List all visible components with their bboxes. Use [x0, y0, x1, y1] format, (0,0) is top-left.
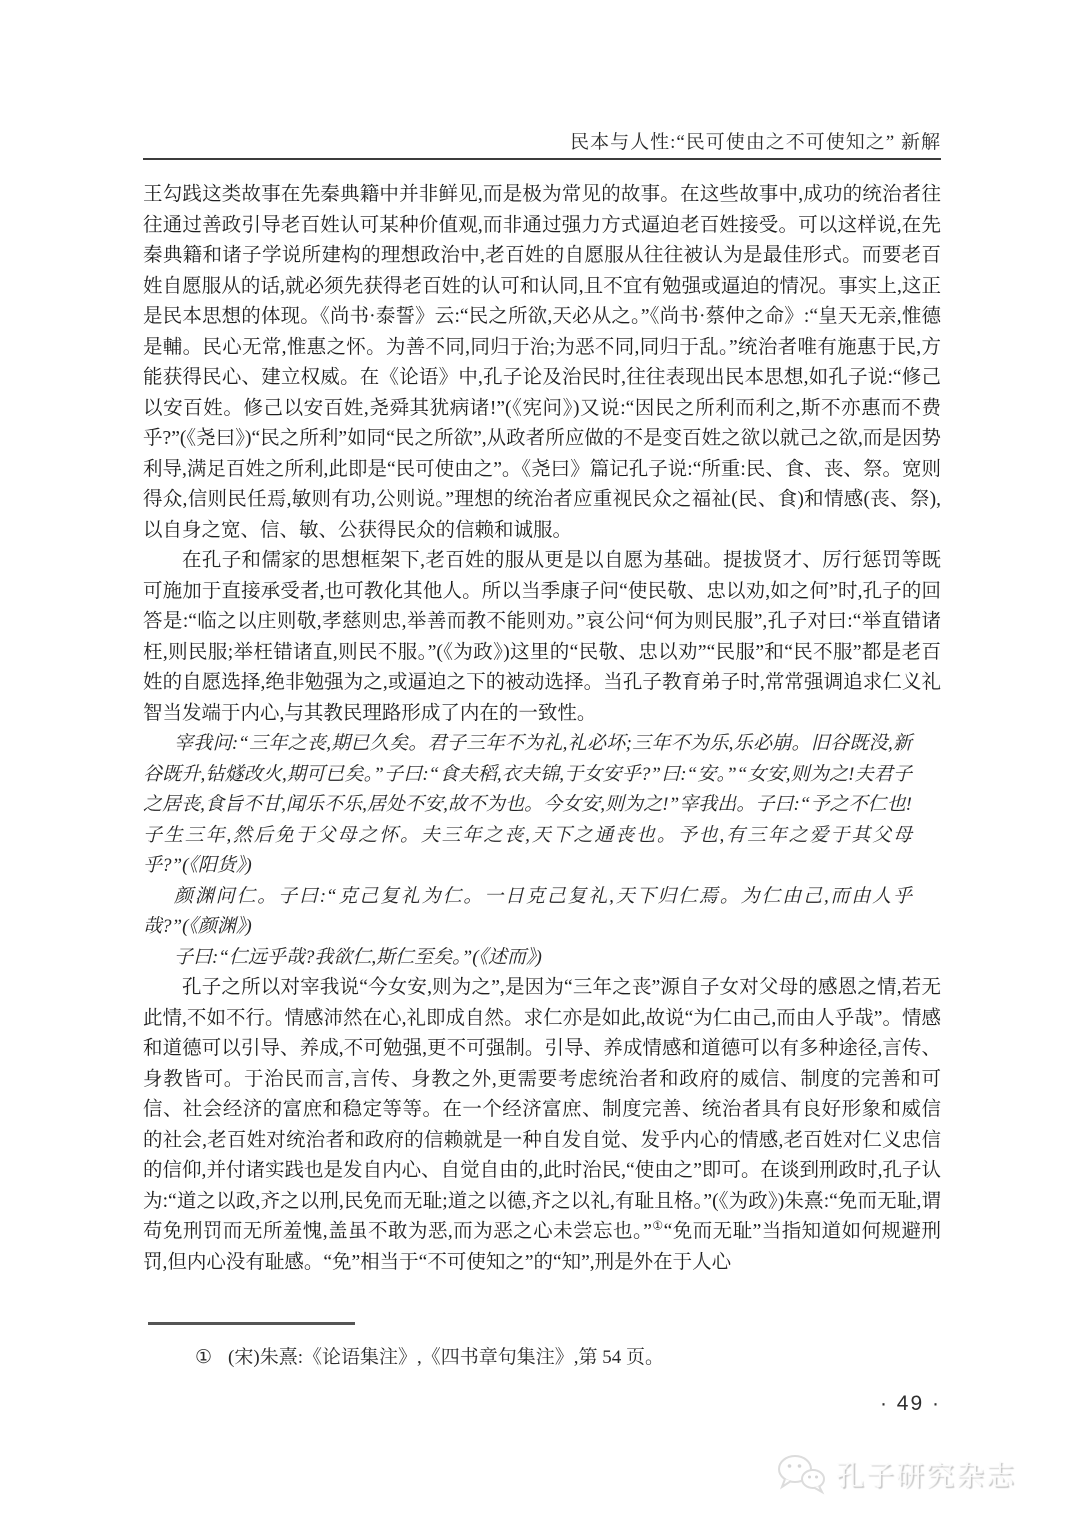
watermark-journal-name: 孔子研究杂志 [836, 1454, 1016, 1494]
footnote-divider [148, 1322, 355, 1325]
document-page: 民本与人性:“民可使由之不可使知之” 新解 王勾践这类故事在先秦典籍中并非鲜见,… [0, 0, 1080, 1526]
footnote-marker: ① [195, 1347, 212, 1368]
quote-block-yanyuan: 颜渊问仁。子曰:“克己复礼为仁。一日克己复礼,天下归仁焉。为仁由己,而由人乎哉?… [143, 882, 912, 943]
paragraph-3-text: 孔子之所以对宰我说“今女安,则为之”,是因为“三年之丧”源自子女对父母的感恩之情… [143, 977, 941, 1242]
journal-watermark: 孔子研究杂志 [775, 1452, 1016, 1496]
page-number: · 49 · [143, 1392, 941, 1416]
footnote-text: (宋)朱熹:《论语集注》,《四书章句集注》,第 54 页。 [228, 1347, 664, 1368]
article-body: 王勾践这类故事在先秦典籍中并非鲜见,而是极为常见的故事。在这些故事中,成功的统治… [143, 180, 941, 1278]
quote-block-shuer: 子曰:“仁远乎哉?我欲仁,斯仁至矣。”(《述而》) [143, 943, 912, 974]
body-paragraph-1: 王勾践这类故事在先秦典籍中并非鲜见,而是极为常见的故事。在这些故事中,成功的统治… [143, 180, 941, 546]
footnote: ①(宋)朱熹:《论语集注》,《四书章句集注》,第 54 页。 [143, 1344, 941, 1372]
quote-block-yanghuo: 宰我问:“三年之丧,期已久矣。君子三年不为礼,礼必坏;三年不为乐,乐必崩。旧谷既… [143, 729, 912, 882]
header-rule [143, 158, 941, 160]
footnote-reference-marker: ① [652, 1219, 664, 1233]
running-header-title: 民本与人性:“民可使由之不可使知之” 新解 [143, 127, 941, 154]
wechat-icon [775, 1452, 827, 1496]
body-paragraph-2: 在孔子和儒家的思想框架下,老百姓的服从更是以自愿为基础。提拔贤才、厉行惩罚等既可… [143, 546, 941, 729]
body-paragraph-3: 孔子之所以对宰我说“今女安,则为之”,是因为“三年之丧”源自子女对父母的感恩之情… [143, 973, 941, 1278]
